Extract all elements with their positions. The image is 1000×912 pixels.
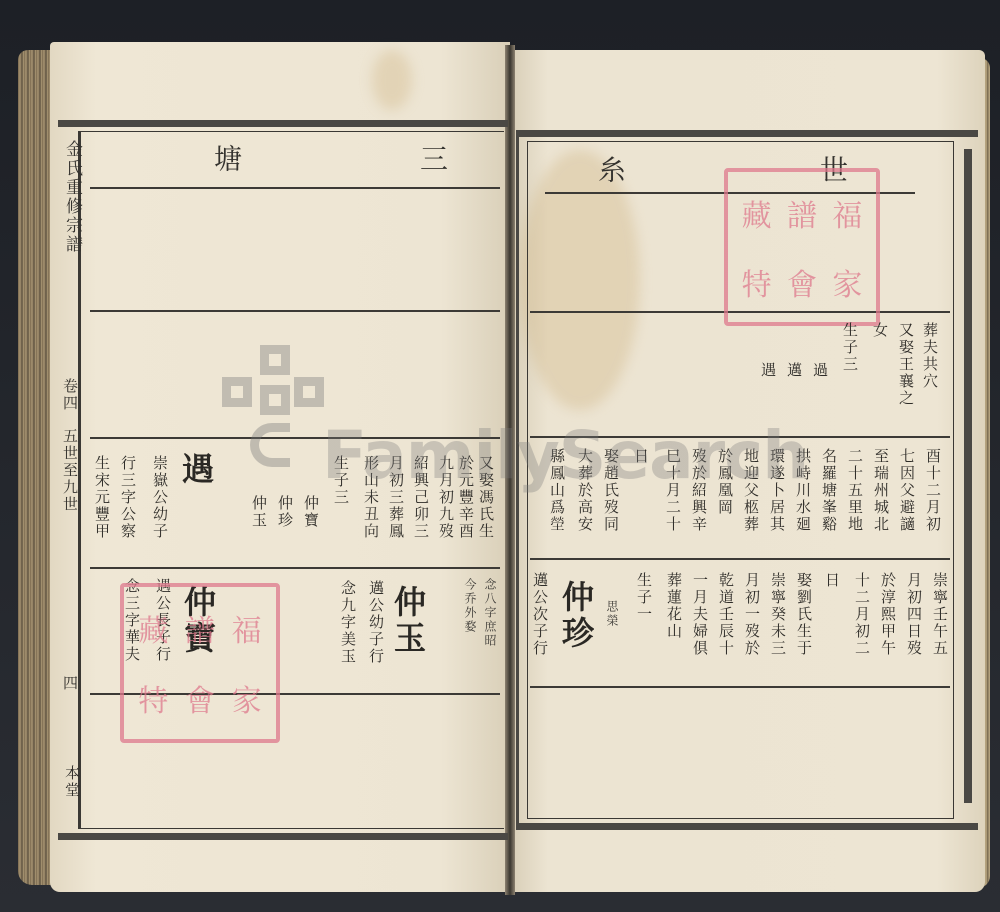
text-column: 今乔外婺 bbox=[464, 578, 476, 634]
son-name: 邁 bbox=[786, 362, 801, 379]
son-name: 仲玉 bbox=[251, 495, 266, 529]
seal-glyph: 特 bbox=[130, 676, 177, 720]
lineage-text: 崇嶽公幼子 bbox=[152, 455, 167, 540]
birth-text: 生宋元豐甲 bbox=[94, 455, 109, 540]
seal-glyph: 會 bbox=[779, 260, 824, 304]
seal-glyph: 家 bbox=[825, 260, 870, 304]
text-column: 葬蓮花山 bbox=[666, 572, 681, 640]
familysearch-logo-icon bbox=[222, 345, 332, 465]
text-column: 念八字庶昭 bbox=[484, 578, 496, 648]
rule-line bbox=[530, 558, 950, 560]
son-name: 思榮 bbox=[606, 600, 618, 628]
seal-glyph: 藏 bbox=[130, 606, 177, 650]
seal-glyph: 譜 bbox=[779, 191, 824, 235]
text-column: 一月夫婦俱 bbox=[692, 572, 707, 657]
rule-line bbox=[530, 686, 950, 688]
page-number: 四 bbox=[62, 675, 77, 692]
text-column: 娶劉氏生于 bbox=[796, 572, 811, 657]
rank-text: 行三字公察 bbox=[120, 455, 135, 540]
person-name-zhongyu: 仲玉 bbox=[392, 585, 424, 657]
text-column: 又娶王襄之 bbox=[898, 322, 913, 407]
text-column: 生子三 bbox=[842, 322, 857, 373]
rule-line bbox=[90, 310, 500, 312]
person-name-yu: 遇 bbox=[180, 452, 212, 488]
seal-glyph: 譜 bbox=[177, 606, 224, 650]
rule-line bbox=[90, 567, 500, 569]
text-column: 於淳熙甲午 bbox=[880, 572, 895, 657]
text-column: 十二月初二 bbox=[854, 572, 869, 657]
header-san: 三 bbox=[418, 144, 446, 174]
generation-range: 五世至九世 bbox=[62, 428, 77, 513]
hall-name: 本堂 bbox=[64, 765, 79, 799]
lineage-text: 邁公次子行 bbox=[532, 572, 547, 657]
seal-glyph: 家 bbox=[223, 676, 270, 720]
rule-line bbox=[90, 187, 500, 189]
seal-glyph: 福 bbox=[223, 606, 270, 650]
person-name-zhongzhen: 仲珍 bbox=[560, 580, 592, 652]
text-column: 七因父避讁 bbox=[899, 448, 914, 533]
watermark-text: FamilySearch bbox=[322, 417, 808, 494]
text-column: 酉十二月初 bbox=[925, 448, 940, 533]
header-tang: 塘 bbox=[212, 144, 240, 174]
text-column: 女 bbox=[872, 322, 887, 339]
volume-label: 卷四 bbox=[62, 378, 77, 412]
son-name: 仲珍 bbox=[277, 495, 292, 529]
text-column: 崇寧壬午五 bbox=[932, 572, 947, 657]
text-column: 生子一 bbox=[636, 572, 651, 623]
son-name: 遇 bbox=[760, 362, 775, 379]
text-column: 月初一歿於 bbox=[744, 572, 759, 657]
water-stain bbox=[372, 50, 412, 110]
collector-seal-top-right: 藏 譜 福 特 會 家 bbox=[724, 168, 880, 326]
text-column: 名羅塘峯谿 bbox=[821, 448, 836, 533]
seal-glyph: 藏 bbox=[734, 191, 779, 235]
seal-glyph: 福 bbox=[825, 191, 870, 235]
son-name: 過 bbox=[812, 362, 827, 379]
text-column: 月初四日歿 bbox=[906, 572, 921, 657]
header-mi: 糸 bbox=[596, 155, 624, 185]
seal-glyph: 會 bbox=[177, 676, 224, 720]
lineage-text: 邁公幼子行 bbox=[368, 580, 383, 665]
text-column: 崇寧癸未三 bbox=[770, 572, 785, 657]
text-column: 葬夫共穴 bbox=[922, 322, 937, 390]
spine-title: 金氏重修宗譜 bbox=[60, 140, 80, 254]
text-column: 乾道壬辰十 bbox=[718, 572, 733, 657]
text-column: 日 bbox=[824, 572, 839, 589]
son-name: 仲寶 bbox=[303, 495, 318, 529]
rank-text: 念九字美玉 bbox=[340, 580, 355, 665]
text-column: 二十五里地 bbox=[847, 448, 862, 533]
collector-seal-bottom-left: 藏 譜 福 特 會 家 bbox=[120, 583, 280, 743]
text-column: 至瑞州城北 bbox=[873, 448, 888, 533]
seal-glyph: 特 bbox=[734, 260, 779, 304]
